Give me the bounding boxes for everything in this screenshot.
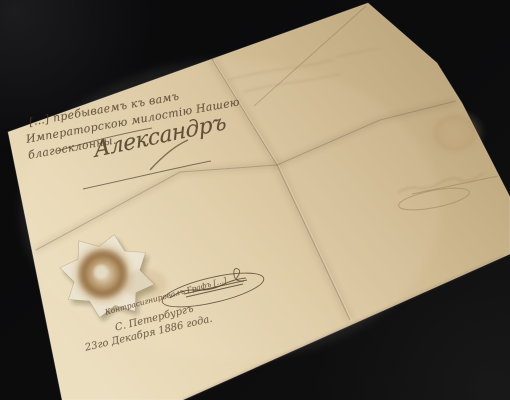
seal-stain-center-light: [94, 265, 108, 279]
right-page-stain: [424, 107, 486, 159]
document-photo-graphics: [0, 0, 510, 400]
photo-scene: […] пребываемъ къ вамъ Императорскою мил…: [0, 0, 510, 400]
